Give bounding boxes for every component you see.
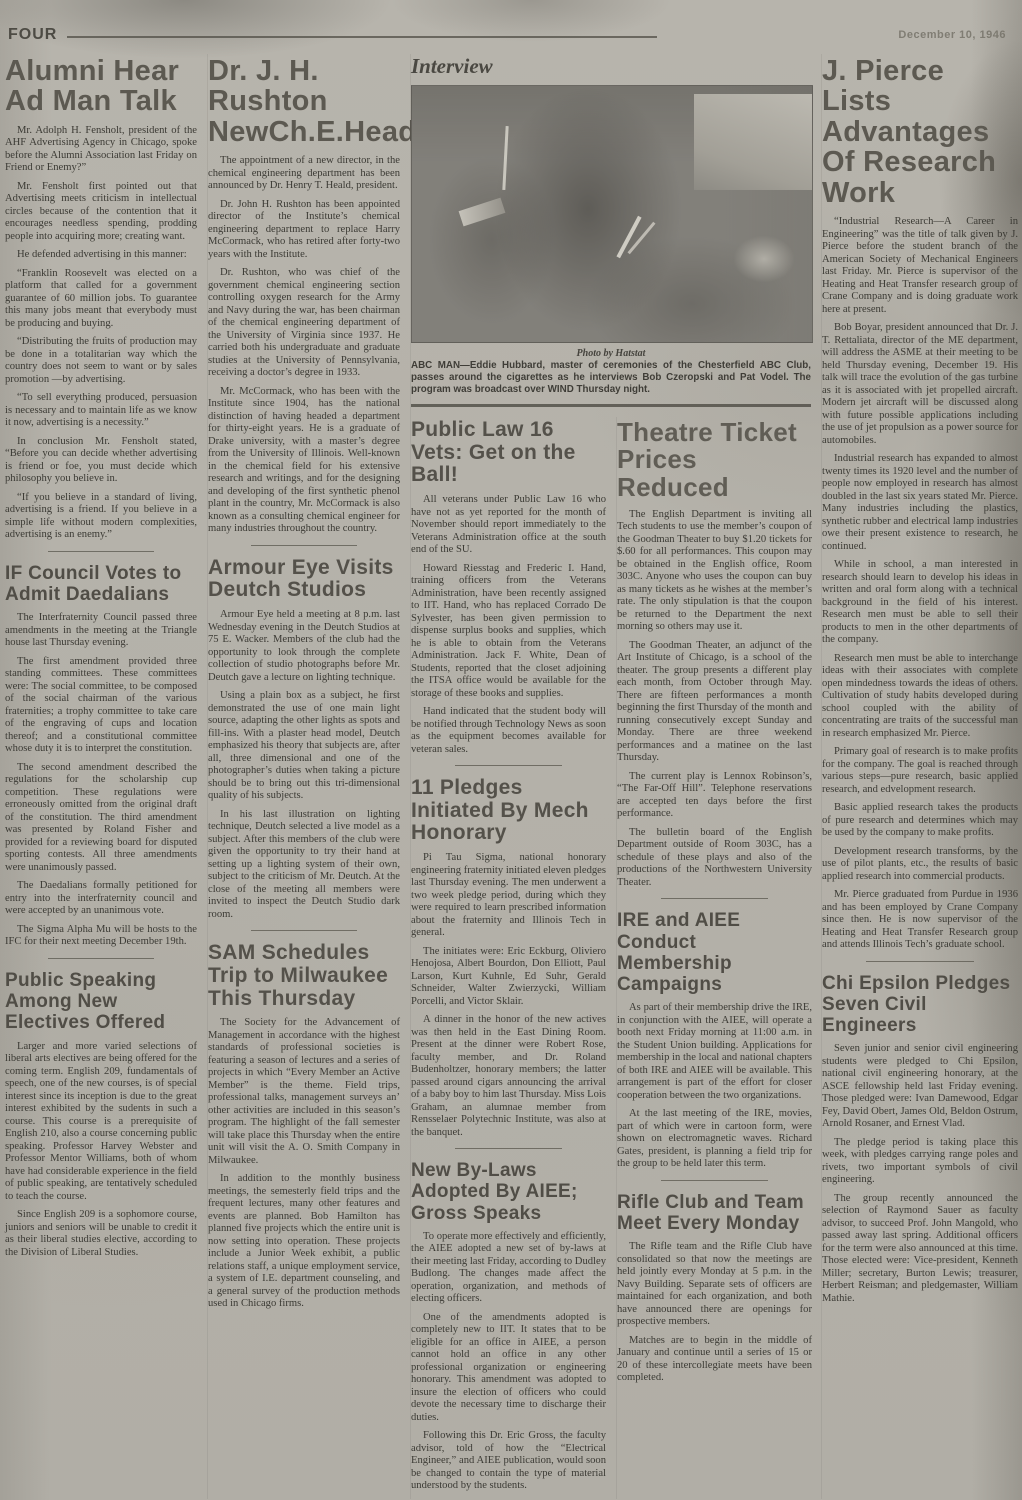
paragraph: In conclusion Mr. Fensholt stated, “Befo… <box>5 436 197 486</box>
article-title: IRE and AIEE Conduct Membership Campaign… <box>617 910 812 995</box>
page-number: FOUR <box>8 26 57 44</box>
article-public-speaking: Public Speaking Among New Electives Offe… <box>5 970 197 1259</box>
paragraph: To operate more effectively and efficien… <box>411 1231 606 1306</box>
paragraph: Dr. John H. Rushton has been appointed d… <box>208 199 400 262</box>
story-divider <box>661 1180 768 1181</box>
paragraph: “Franklin Roosevelt was elected on a pla… <box>5 268 197 331</box>
article-body: The appointment of a new director, in th… <box>208 155 400 536</box>
article-armour-eye: Armour Eye Visits Deutch Studios Armour … <box>208 557 400 921</box>
article-public-law-16: Public Law 16 Vets: Get on the Ball! All… <box>411 419 606 756</box>
article-title: Public Speaking Among New Electives Offe… <box>5 970 197 1034</box>
section-rule <box>411 404 811 407</box>
paragraph: Bob Boyar, president announced that Dr. … <box>822 322 1018 447</box>
paragraph: The Sigma Alpha Mu will be hosts to the … <box>5 924 197 949</box>
paragraph: Mr. Fensholt first pointed out that Adve… <box>5 181 197 244</box>
paragraph: Basic applied research takes the product… <box>822 802 1018 840</box>
article-pierce-research: J. Pierce Lists Advantages Of Research W… <box>822 56 1018 952</box>
paragraph: Since English 209 is a sophomore course,… <box>5 1209 197 1259</box>
interview-photo <box>411 85 813 343</box>
paragraph: “If you believe in a standard of living,… <box>5 492 197 542</box>
paragraph: Using a plain box as a subject, he first… <box>208 690 400 803</box>
paragraph: Larger and more varied selections of lib… <box>5 1041 197 1204</box>
paragraph: In addition to the monthly business meet… <box>208 1173 400 1311</box>
column-3-4: Interview Photo by Hatstat ABC MAN—Eddie… <box>410 54 811 1499</box>
column-3: Public Law 16 Vets: Get on the Ball! All… <box>411 417 606 1499</box>
story-divider <box>251 545 357 546</box>
article-title: Dr. J. H. Rushton NewCh.E.Head <box>208 56 400 147</box>
page-columns: Alumni Hear Ad Man Talk Mr. Adolph H. Fe… <box>0 44 1022 1499</box>
photo-highlight <box>502 126 508 190</box>
paragraph: In his last illustration on lighting tec… <box>208 809 400 922</box>
article-body: Mr. Adolph H. Fensholt, president of the… <box>5 125 197 542</box>
article-title: IF Council Votes to Admit Daedalians <box>5 563 197 606</box>
article-title: Public Law 16 Vets: Get on the Ball! <box>411 419 606 487</box>
paragraph: Seven junior and senior civil engineerin… <box>822 1043 1018 1131</box>
article-body: “Industrial Research—A Career in Enginee… <box>822 216 1018 952</box>
paragraph: Following this Dr. Eric Gross, the facul… <box>411 1430 606 1493</box>
paragraph: Primary goal of research is to make prof… <box>822 746 1018 796</box>
article-body: The Rifle team and the Rifle Club have c… <box>617 1241 812 1385</box>
paragraph: Research men must be able to interchange… <box>822 653 1018 741</box>
paragraph: The group recently announced the selecti… <box>822 1193 1018 1306</box>
paragraph: Mr. Adolph H. Fensholt, president of the… <box>5 125 197 175</box>
paragraph: Industrial research has expanded to almo… <box>822 453 1018 553</box>
column-2: Dr. J. H. Rushton NewCh.E.Head The appoi… <box>207 54 400 1499</box>
paragraph: Development research transforms, by the … <box>822 846 1018 884</box>
story-divider <box>48 551 154 552</box>
article-title: Theatre Ticket Prices Reduced <box>617 419 812 501</box>
paragraph: One of the amendments adopted is complet… <box>411 1312 606 1425</box>
article-title: J. Pierce Lists Advantages Of Research W… <box>822 56 1018 208</box>
article-body: To operate more effectively and efficien… <box>411 1231 606 1493</box>
article-title: 11 Pledges Initiated By Mech Honorary <box>411 777 606 845</box>
article-title: New By-Laws Adopted By AIEE; Gross Speak… <box>411 1160 606 1224</box>
interview-section-label: Interview <box>411 54 811 79</box>
column-1: Alumni Hear Ad Man Talk Mr. Adolph H. Fe… <box>5 54 197 1499</box>
article-body: Armour Eye held a meeting at 8 p.m. last… <box>208 609 400 921</box>
article-mech-honorary-pledges: 11 Pledges Initiated By Mech Honorary Pi… <box>411 777 606 1139</box>
paragraph: The second amendment described the regul… <box>5 762 197 875</box>
story-divider <box>866 961 974 962</box>
story-divider <box>455 765 562 766</box>
photo-light-patch <box>734 236 794 282</box>
sub-columns: Public Law 16 Vets: Get on the Ball! All… <box>411 417 811 1499</box>
story-divider <box>455 1148 562 1149</box>
paragraph: Matches are to begin in the middle of Ja… <box>617 1335 812 1385</box>
photo-light-region <box>694 94 812 190</box>
column-5: J. Pierce Lists Advantages Of Research W… <box>821 54 1018 1499</box>
paragraph: The English Department is inviting all T… <box>617 509 812 634</box>
paragraph: The pledge period is taking place this w… <box>822 1137 1018 1187</box>
paragraph: All veterans under Public Law 16 who hav… <box>411 494 606 557</box>
paragraph: The current play is Lennox Robinson’s, “… <box>617 771 812 821</box>
header-rule <box>67 36 657 38</box>
paragraph: Mr. Pierce graduated from Purdue in 1936… <box>822 889 1018 952</box>
paragraph: “Industrial Research—A Career in Enginee… <box>822 216 1018 316</box>
paragraph: “Distributing the fruits of production m… <box>5 336 197 386</box>
article-rifle-club: Rifle Club and Team Meet Every Monday Th… <box>617 1192 812 1385</box>
article-body: The Interfraternity Council passed three… <box>5 612 197 949</box>
article-body: The Society for the Advancement of Manag… <box>208 1017 400 1311</box>
paragraph: The Rifle team and the Rifle Club have c… <box>617 1241 812 1329</box>
paragraph: The first amendment provided three stand… <box>5 656 197 756</box>
article-aiee-bylaws: New By-Laws Adopted By AIEE; Gross Speak… <box>411 1160 606 1493</box>
paragraph: The Daedalians formally petitioned for e… <box>5 880 197 918</box>
article-title: Armour Eye Visits Deutch Studios <box>208 557 400 602</box>
paragraph: The Interfraternity Council passed three… <box>5 612 197 650</box>
article-body: Seven junior and senior civil engineerin… <box>822 1043 1018 1305</box>
newspaper-page: FOUR December 10, 1946 Alumni Hear Ad Ma… <box>0 0 1022 1500</box>
article-body: Pi Tau Sigma, national honorary engineer… <box>411 852 606 1139</box>
paragraph: Dr. Rushton, who was chief of the govern… <box>208 267 400 380</box>
page-header: FOUR December 10, 1946 <box>0 0 1022 44</box>
article-title: Rifle Club and Team Meet Every Monday <box>617 1192 812 1235</box>
page-date: December 10, 1946 <box>898 29 1006 41</box>
paragraph: The bulletin board of the English Depart… <box>617 827 812 890</box>
paragraph: The Goodman Theater, an adjunct of the A… <box>617 640 812 765</box>
article-ire-aiee-campaigns: IRE and AIEE Conduct Membership Campaign… <box>617 910 812 1171</box>
paragraph: As part of their membership drive the IR… <box>617 1002 812 1102</box>
article-rushton: Dr. J. H. Rushton NewCh.E.Head The appoi… <box>208 56 400 536</box>
article-body: Larger and more varied selections of lib… <box>5 1041 197 1260</box>
paragraph: “To sell everything produced, persuasion… <box>5 392 197 430</box>
photo-credit: Photo by Hatstat <box>411 348 811 359</box>
paragraph: Howard Riesstag and Frederic I. Hand, tr… <box>411 563 606 701</box>
article-chi-epsilon: Chi Epsilon Pledges Seven Civil Engineer… <box>822 973 1018 1306</box>
column-4: Theatre Ticket Prices Reduced The Englis… <box>616 417 812 1499</box>
story-divider <box>661 898 768 899</box>
story-divider <box>48 958 154 959</box>
paragraph: Mr. McCormack, who has been with the Ins… <box>208 386 400 536</box>
article-theatre-tickets: Theatre Ticket Prices Reduced The Englis… <box>617 419 812 889</box>
article-body: All veterans under Public Law 16 who hav… <box>411 494 606 756</box>
paragraph: A dinner in the honor of the new actives… <box>411 1014 606 1139</box>
paragraph: He defended advertising in this manner: <box>5 249 197 262</box>
paragraph: Pi Tau Sigma, national honorary engineer… <box>411 852 606 940</box>
article-sam-trip: SAM Schedules Trip to Milwaukee This Thu… <box>208 942 400 1311</box>
article-title: Alumni Hear Ad Man Talk <box>5 56 197 117</box>
article-alumni-hear-ad-man-talk: Alumni Hear Ad Man Talk Mr. Adolph H. Fe… <box>5 56 197 542</box>
article-body: The English Department is inviting all T… <box>617 509 812 890</box>
paragraph: At the last meeting of the IRE, movies, … <box>617 1108 812 1171</box>
photo-highlight <box>459 198 506 227</box>
story-divider <box>251 930 357 931</box>
photo-caption: ABC MAN—Eddie Hubbard, master of ceremon… <box>411 360 811 396</box>
paragraph: The appointment of a new director, in th… <box>208 155 400 193</box>
paragraph: Hand indicated that the student body wil… <box>411 706 606 756</box>
paragraph: The Society for the Advancement of Manag… <box>208 1017 400 1167</box>
paragraph: Armour Eye held a meeting at 8 p.m. last… <box>208 609 400 684</box>
article-title: Chi Epsilon Pledges Seven Civil Engineer… <box>822 973 1018 1037</box>
paragraph: While in school, a man interested in res… <box>822 559 1018 647</box>
article-body: As part of their membership drive the IR… <box>617 1002 812 1171</box>
article-title: SAM Schedules Trip to Milwaukee This Thu… <box>208 942 400 1010</box>
paragraph: The initiates were: Eric Eckburg, Olivie… <box>411 946 606 1009</box>
article-if-council: IF Council Votes to Admit Daedalians The… <box>5 563 197 949</box>
